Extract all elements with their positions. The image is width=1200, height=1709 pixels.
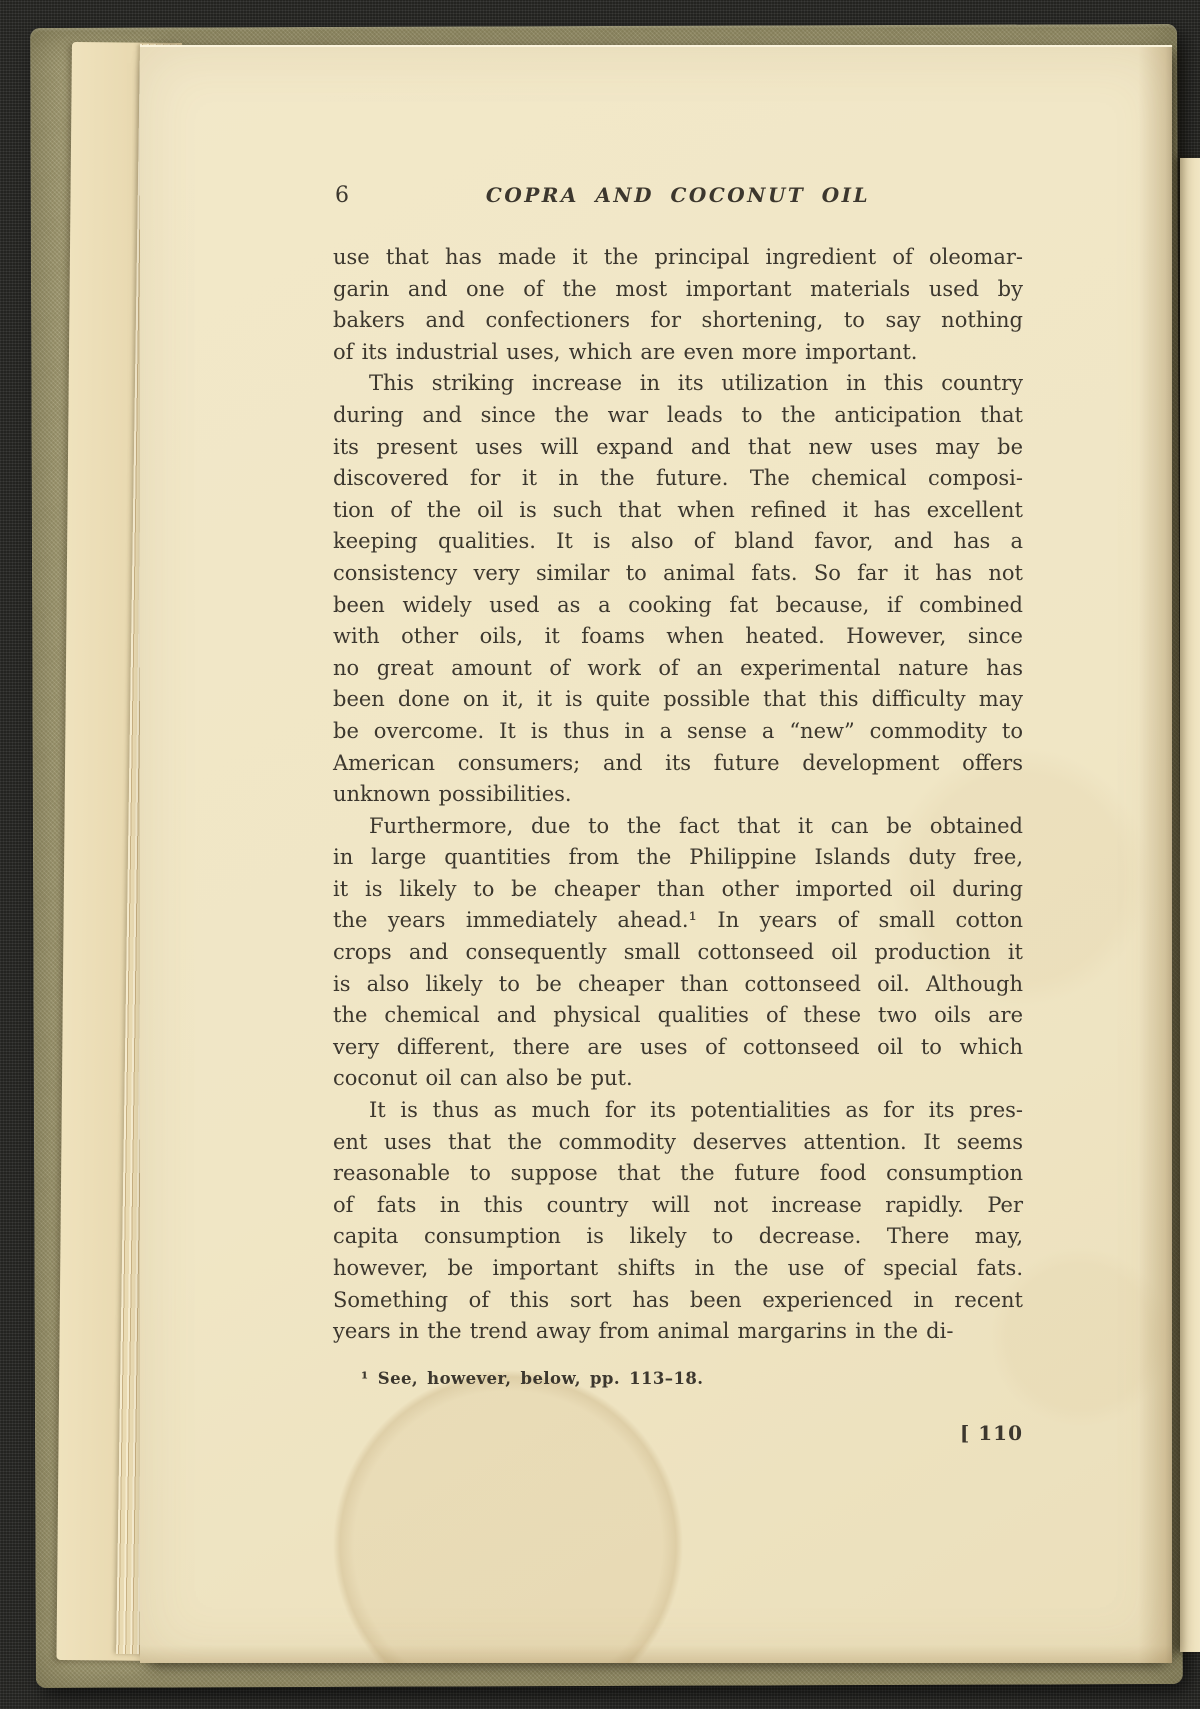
text-line: of fats in this country will not increas… — [333, 1190, 1023, 1222]
bottom-shadow — [140, 1645, 1172, 1663]
facing-page-edge — [1180, 158, 1200, 1652]
text-line: of its industrial uses, which are even m… — [333, 337, 1023, 369]
text-line: in large quantities from the Philippine … — [333, 842, 1023, 874]
text-line: its present uses will expand and that ne… — [333, 432, 1023, 464]
text-line: is also likely to be cheaper than cotton… — [333, 969, 1023, 1001]
text-line: tion of the oil is such that when refine… — [333, 495, 1023, 527]
text-line: very different, there are uses of cotton… — [333, 1032, 1023, 1064]
folio-number: [ 110 — [333, 1421, 1023, 1445]
text-line: the years immediately ahead.¹ In years o… — [333, 905, 1023, 937]
paragraph: Furthermore, due to the fact that it can… — [333, 811, 1023, 1095]
text-line: capita consumption is likely to decrease… — [333, 1221, 1023, 1253]
paragraph: This striking increase in its utilizatio… — [333, 368, 1023, 810]
text-line: be overcome. It is thus in a sense a “ne… — [333, 716, 1023, 748]
text-line: during and since the war leads to the an… — [333, 400, 1023, 432]
text-line: discovered for it in the future. The che… — [333, 463, 1023, 495]
footnote: ¹ See, however, below, pp. 113–18. — [333, 1369, 1023, 1389]
text-line: the chemical and physical qualities of t… — [333, 1000, 1023, 1032]
text-line: unknown possibilities. — [333, 779, 1023, 811]
text-line: American consumers; and its future devel… — [333, 748, 1023, 780]
body-text: use that has made it the principal ingre… — [333, 242, 1023, 1348]
text-line: use that has made it the principal ingre… — [333, 242, 1023, 274]
gutter-shadow — [1138, 47, 1172, 1663]
text-line: Furthermore, due to the fact that it can… — [333, 811, 1023, 843]
text-line: it is likely to be cheaper than other im… — [333, 874, 1023, 906]
text-line: with other oils, it foams when heated. H… — [333, 621, 1023, 653]
running-head: COPRA AND COCONUT OIL — [333, 182, 1023, 209]
photo-background: 6 COPRA AND COCONUT OIL use that has mad… — [0, 0, 1200, 1709]
page-number: 6 — [335, 182, 349, 209]
paragraph: use that has made it the principal ingre… — [333, 242, 1023, 368]
page-header: 6 COPRA AND COCONUT OIL — [333, 182, 1023, 209]
text-line: ent uses that the commodity deserves att… — [333, 1127, 1023, 1159]
text-line: It is thus as much for its potentialitie… — [333, 1095, 1023, 1127]
text-line: bakers and confectioners for shortening,… — [333, 305, 1023, 337]
text-line: consistency very similar to animal fats.… — [333, 558, 1023, 590]
text-line: been done on it, it is quite possible th… — [333, 684, 1023, 716]
text-line: no great amount of work of an experiment… — [333, 653, 1023, 685]
text-line: keeping qualities. It is also of bland f… — [333, 526, 1023, 558]
text-line: Something of this sort has been experien… — [333, 1285, 1023, 1317]
text-line: been widely used as a cooking fat becaus… — [333, 590, 1023, 622]
text-line: crops and consequently small cottonseed … — [333, 937, 1023, 969]
text-line: coconut oil can also be put. — [333, 1063, 1023, 1095]
text-line: garin and one of the most important mate… — [333, 274, 1023, 306]
text-block: 6 COPRA AND COCONUT OIL use that has mad… — [333, 182, 1023, 1445]
text-line: This striking increase in its utilizatio… — [333, 368, 1023, 400]
paragraph: It is thus as much for its potentialitie… — [333, 1095, 1023, 1348]
text-line: years in the trend away from animal marg… — [333, 1316, 1023, 1348]
text-line: reasonable to suppose that the future fo… — [333, 1158, 1023, 1190]
book-page: 6 COPRA AND COCONUT OIL use that has mad… — [140, 45, 1172, 1663]
text-line: however, be important shifts in the use … — [333, 1253, 1023, 1285]
